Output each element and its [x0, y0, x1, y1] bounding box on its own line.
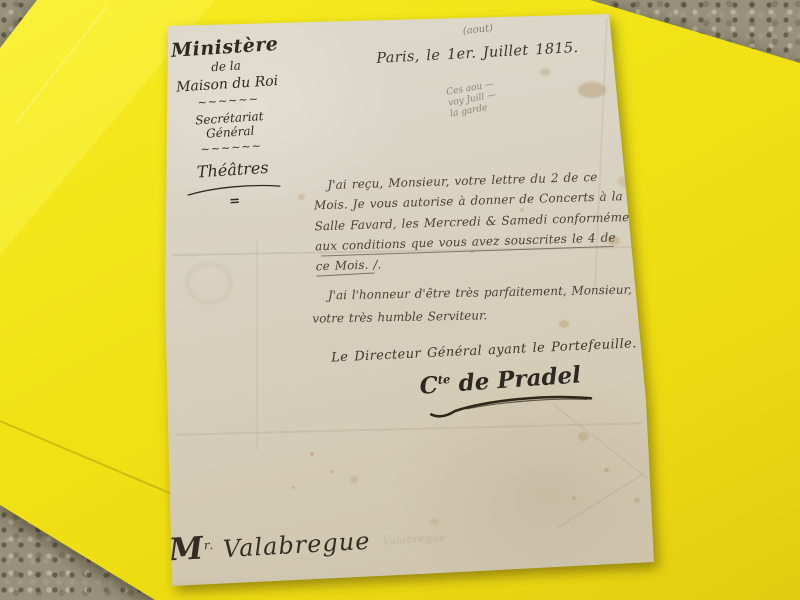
photo-of-letter: Ministère de la Maison du Roi ~~~~~~ Sec… — [0, 0, 800, 600]
letter-shadow: Ministère de la Maison du Roi ~~~~~~ Sec… — [0, 0, 800, 600]
recipient-name: Mr. Valabregue — [168, 521, 371, 569]
secretariat-line: Secrétariat Général — [170, 107, 290, 143]
pencil-ghost-note: Valabregue — [382, 531, 446, 547]
ministry-title-line3: Maison du Roi — [168, 73, 287, 97]
divider-dashes: ~~~~~~ — [169, 92, 287, 110]
pencil-annotation-note: Ces aou — voy Juill — la garde — [446, 80, 499, 121]
body-paragraph: J'ai reçu, Monsieur, votre lettre du 2 d… — [313, 166, 643, 277]
letterhead-block: Ministère de la Maison du Roi ~~~~~~ Sec… — [165, 33, 294, 210]
director-title-line: Le Directeur Général ayant le Portefeuil… — [331, 336, 637, 365]
date-line: Paris, le 1er. Juillet 1815. — [376, 40, 579, 67]
signature-flourish — [427, 390, 597, 419]
letter-content: Ministère de la Maison du Roi ~~~~~~ Sec… — [0, 0, 800, 600]
divider-dashes: ~~~~~~ — [172, 139, 290, 157]
signature-superscript: te — [437, 372, 451, 387]
closing-line: J'ai l'honneur d'être très parfaitement,… — [328, 283, 632, 303]
pencil-annotation-month: (aout) — [462, 23, 493, 37]
recipient-surname: Valabregue — [214, 527, 371, 564]
closing-line: votre très humble Serviteur. — [312, 308, 487, 325]
department-theatres: Théâtres — [173, 156, 292, 183]
recipient-prefix: M — [168, 530, 205, 568]
letter-paper: Ministère de la Maison du Roi ~~~~~~ Sec… — [0, 0, 800, 600]
